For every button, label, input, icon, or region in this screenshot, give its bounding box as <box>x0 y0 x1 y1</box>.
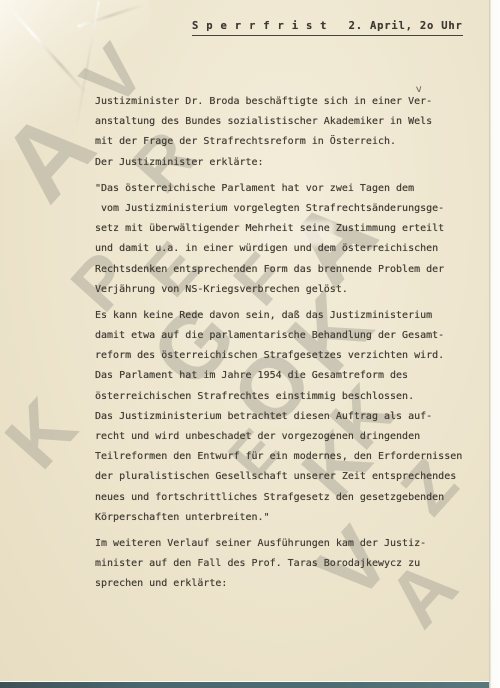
paper-crease <box>77 3 145 27</box>
text-line: Rechtsdenken entsprechenden Form das bre… <box>95 260 475 280</box>
scan-background-right <box>489 0 500 688</box>
text-line: damit etwa auf die parlamentarische Beha… <box>95 326 475 346</box>
paper-crease <box>6 4 89 95</box>
text-line: Es kann keine Rede davon sein, daß das J… <box>95 306 475 326</box>
text-line: Körperschaften unterbreiten." <box>95 508 475 528</box>
text-line: "Das österreichische Parlament hat vor z… <box>95 179 475 199</box>
text-line: neues und fortschrittliches Strafgesetz … <box>95 488 475 508</box>
text-line: Im weiteren Verlauf seiner Ausführungen … <box>95 534 475 554</box>
text-line: sprechen und erklärte: <box>95 574 475 594</box>
text-line: Teilreformen den Entwurf für ein moderne… <box>95 447 475 467</box>
paper-sheet: VARAPEFKGOKKEKZVA S p e r r f r i s t 2.… <box>0 0 489 681</box>
text-line: Verjährung von NS-Kriegsverbrechen gelös… <box>95 280 475 300</box>
embargo-header: S p e r r f r i s t 2. April, 2o Uhr <box>192 20 463 36</box>
text-line: Das Justizministerium betrachtet diesen … <box>95 407 475 427</box>
text-line: österreichischen Strafrechtes einstimmig… <box>95 387 475 407</box>
typewritten-text: Justizminister Dr. Broda beschäftigte si… <box>95 92 475 595</box>
text-line: anstaltung des Bundes sozialistischer Ak… <box>95 112 475 132</box>
text-line: minister auf den Fall des Prof. Taras Bo… <box>95 554 475 574</box>
text-line: setz mit überwältigender Mehrheit seine … <box>95 219 475 239</box>
scanned-page: VARAPEFKGOKKEKZVA S p e r r f r i s t 2.… <box>0 0 500 688</box>
text-line: vom Justizministerium vorgelegten Strafr… <box>95 199 475 219</box>
text-line: reform des österreichischen Strafgesetze… <box>95 346 475 366</box>
text-line: Der Justizminister erklärte: <box>95 153 475 173</box>
text-line: mit der Frage der Strafrechtsreform in Ö… <box>95 132 475 152</box>
text-line: Das Parlament hat im Jahre 1954 die Gesa… <box>95 366 475 386</box>
text-line: recht und wird unbeschadet der vorgezoge… <box>95 427 475 447</box>
text-line: Justizminister Dr. Broda beschäftigte si… <box>95 92 475 112</box>
scan-background-bottom <box>0 682 489 688</box>
watermark-letter: K <box>0 386 90 482</box>
text-line: und damit u.a. in einer würdigen und dem… <box>95 239 475 259</box>
text-line: der pluralistischen Gesellschaft unserer… <box>95 467 475 487</box>
